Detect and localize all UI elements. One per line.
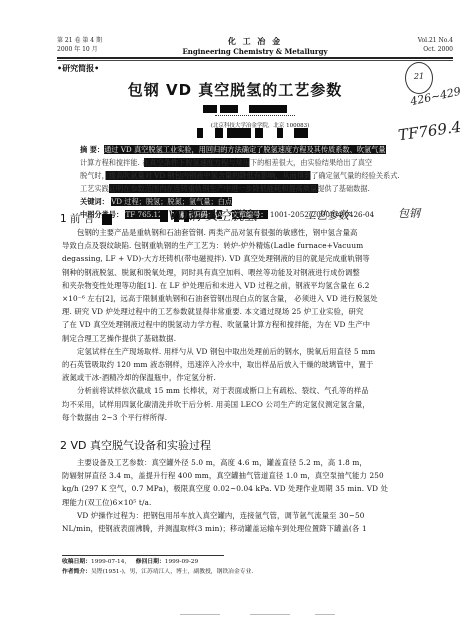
handwritten-heading-note-1: VD钢 真空脱氢 (168, 205, 257, 224)
handwritten-circle: 21 (405, 62, 433, 94)
footnote-dates: 收稿日期：1999-07-14， 修回日期：1999-09-29 (62, 558, 198, 567)
handwritten-heading-note-3: 包钢 (398, 205, 420, 221)
journal-name: 化 工 冶 金 Engineering Chemistry & Metallur… (180, 36, 330, 56)
handwritten-heading-note-2: 工艺参数 (305, 207, 349, 223)
section-2-body: 主要设备及工艺参数：真空罐外径 5.0 m，高度 4.6 m，罐盖直径 5.2 … (62, 456, 442, 535)
header-rule (57, 57, 453, 59)
redaction (220, 105, 238, 113)
volume-date-en: Vol.21 No.4 Oct. 2000 (418, 36, 453, 54)
scan-noise (315, 614, 335, 615)
journal-name-cn: 化 工 冶 金 (180, 36, 330, 47)
authors: 吴 铿， 张志刚 (180, 104, 310, 113)
scan-noise (180, 614, 220, 615)
footnote-rule (62, 555, 224, 556)
author-underline (215, 115, 295, 116)
scan-noise (250, 614, 290, 615)
abstract-line: 脱气时，提高吹氩量对 VD 钢包内钢液中氢含量的降低有影响，从而得到了确定氩气量… (80, 169, 430, 182)
abstract-label: 摘 要： (80, 145, 104, 154)
abstract-line: 摘 要：通过 VD 真空脱氢工业实验，用回归的方法确定了脱氢速度方程及其传质系数… (80, 143, 430, 156)
volume-issue: 第 21 卷 第 4 期 2000 年 10 月 (57, 36, 102, 54)
section-1-body: 包钢的主要产品是重轨钢和石油套管钢. 两类产品对氢有很强的敏感性，钢中氢含量高 … (62, 226, 442, 424)
affiliation-redactions (197, 128, 312, 138)
article-title: 包钢 VD 真空脱氢的工艺参数 (100, 79, 370, 100)
header-rule-thin (57, 60, 453, 61)
column-tag: •研究简报• (57, 63, 99, 74)
section-heading-1: 1 前 言 (60, 211, 112, 226)
journal-name-en: Engineering Chemistry & Metallurgy (180, 47, 330, 56)
section-heading-2: 2 VD 真空脱气设备和实验过程 (60, 437, 211, 453)
handwritten-class-note: TF769.4 (397, 118, 462, 145)
redaction (249, 105, 287, 113)
abstract-line: 计算方程和搅拌能. 在真空条件下脱氢速度方程与常压下的相差很大，由实验结果给出了… (80, 156, 430, 169)
abstract-line: 工艺实践证明在参数范围内在连铸重轨钢生产中进一步降低能耗和提高质量提供了基础数据… (80, 182, 430, 195)
footnote-author: 作者简介：吴铿(1951-)，男，江苏靖江人，博士，副教授，钢铁冶金专业. (62, 568, 253, 577)
redaction (203, 105, 217, 113)
